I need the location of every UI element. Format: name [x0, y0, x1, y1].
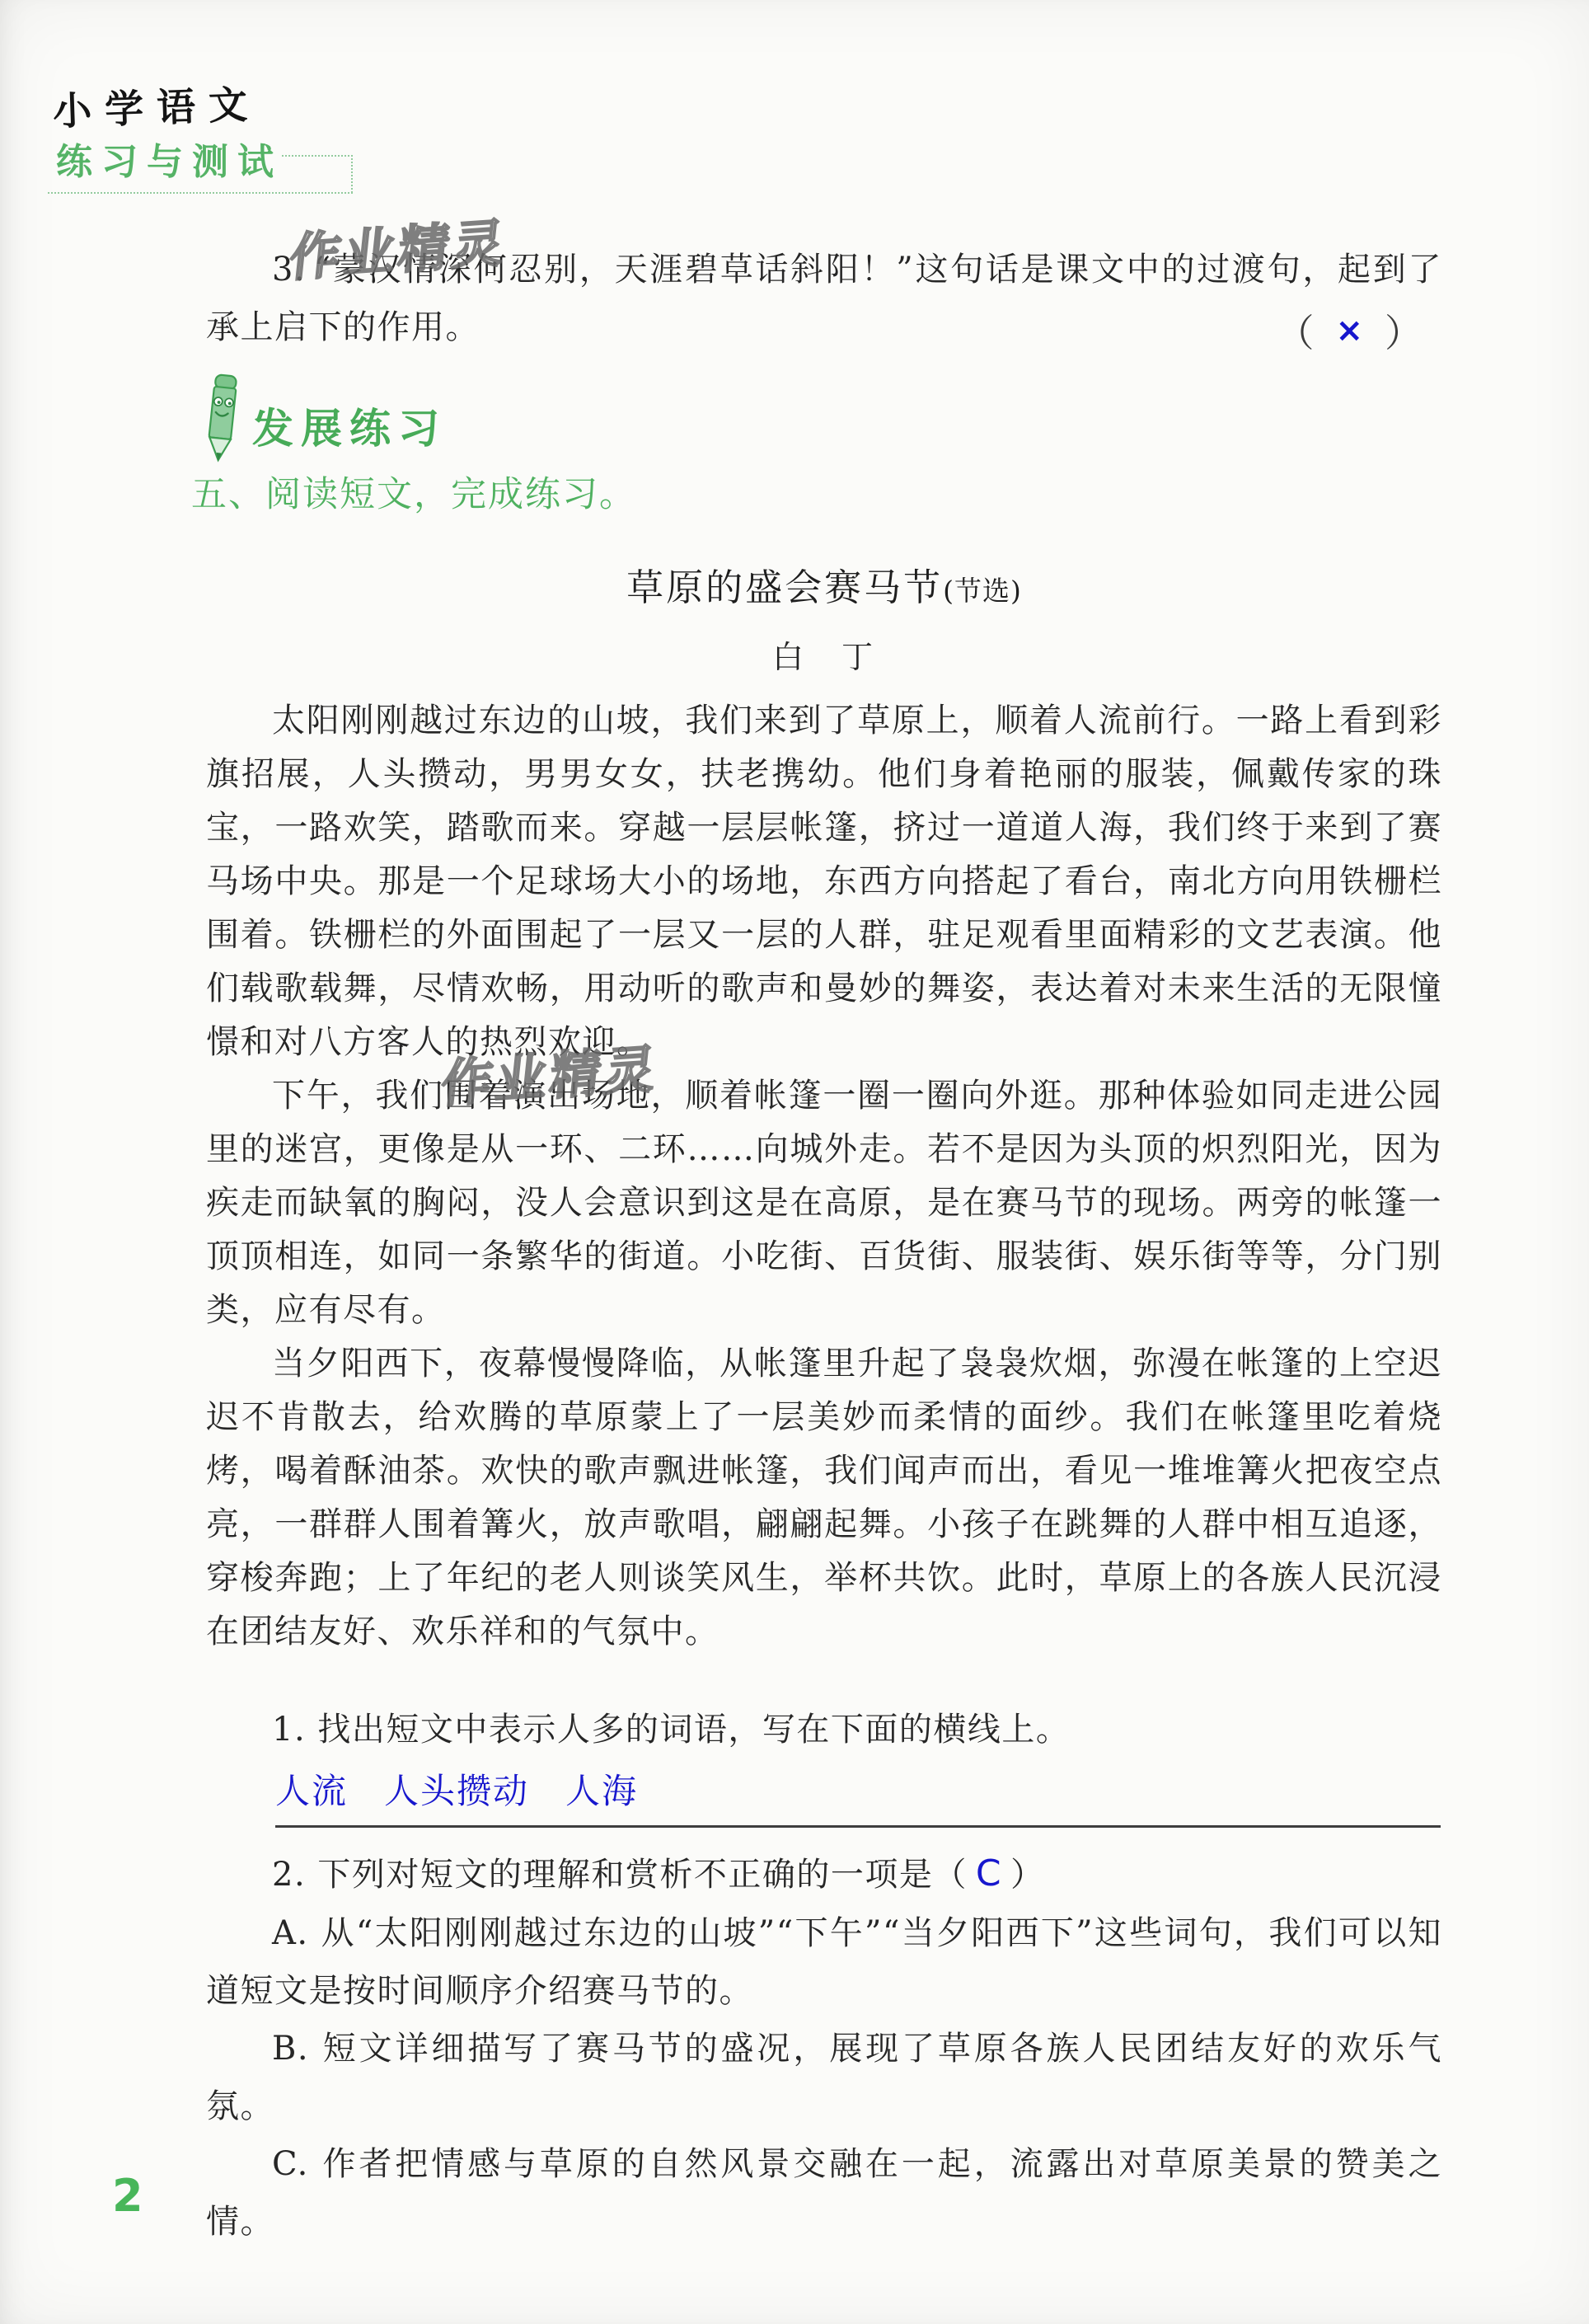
question2-block: 2. 下列对短文的理解和赏析不正确的一项是（C）: [206, 1847, 1442, 1902]
question3-block: 3. “蒙汉情深何忍别，天涯碧草话斜阳！”这句话是课文中的过渡句，起到了承上启下…: [206, 241, 1442, 356]
option-a: A. 从“太阳刚刚越过东边的山坡”“下午”“当夕阳西下”这些词句，我们可以知道短…: [206, 1904, 1442, 2020]
question3-text: 3. “蒙汉情深何忍别，天涯碧草话斜阳！”这句话是课文中的过渡句，起到了承上启下…: [206, 241, 1442, 356]
pencil-icon: [195, 373, 246, 465]
bracket-open: （: [933, 1856, 968, 1894]
bracket-close: ）: [1385, 303, 1423, 358]
bracket-close: ）: [1010, 1856, 1045, 1894]
question2-options: A. 从“太阳刚刚越过东边的山坡”“下午”“当夕阳西下”这些词句，我们可以知道短…: [206, 1904, 1442, 2251]
article-title-text: 草原的盛会赛马节: [626, 566, 943, 609]
question2-answer: C: [968, 1852, 1010, 1894]
dotted-line-bottom: [48, 192, 353, 194]
article-title-note: (节选): [943, 575, 1022, 607]
question2-stem-text: 2. 下列对短文的理解和赏析不正确的一项是: [272, 1856, 933, 1894]
dotted-line-right: [351, 155, 353, 193]
question3-statement: “蒙汉情深何忍别，天涯碧草话斜阳！”这句话是课文中的过渡句，起到了承上启下的作用…: [206, 251, 1442, 346]
question1-answer-line: 人流 人头攒动 人海: [275, 1764, 1441, 1828]
page-number: 2: [112, 2170, 143, 2222]
logo-subtitle: 练习与测试: [56, 132, 283, 185]
bracket-open: （: [1276, 303, 1314, 358]
option-c: C. 作者把情感与草原的自然风景交融在一起，流露出对草原美景的赞美之情。: [206, 2135, 1442, 2251]
article-title: 草原的盛会赛马节(节选): [206, 557, 1442, 611]
article-paragraph: 当夕阳西下，夜幕慢慢降临，从帐篷里升起了袅袅炊烟，弥漫在帐篷的上空迟迟不肯散去，…: [206, 1337, 1442, 1659]
question2-stem: 2. 下列对短文的理解和赏析不正确的一项是（C）: [206, 1847, 1442, 1902]
section-title: 发展练习: [252, 396, 447, 455]
article-author: 白 丁: [206, 631, 1442, 677]
question3-number: 3.: [272, 251, 306, 289]
question1-stem: 1. 找出短文中表示人多的词语，写在下面的横线上。: [206, 1703, 1442, 1757]
section-instruction: 五、阅读短文，完成练习。: [191, 467, 636, 517]
logo-title: 小学语文: [52, 74, 261, 137]
option-b: B. 短文详细描写了赛马节的盛况，展现了草原各族人民团结友好的欢乐气氛。: [206, 2020, 1442, 2135]
dotted-line-top: [282, 155, 353, 157]
true-false-answer-brackets: （ × ）: [1276, 303, 1423, 358]
question1-block: 1. 找出短文中表示人多的词语，写在下面的横线上。: [206, 1703, 1442, 1757]
workbook-page: 小学语文 练习与测试 作业精灵 作业精灵 3. “蒙汉情深何忍别，天涯碧草话斜阳…: [0, 0, 1589, 2324]
article-body: 太阳刚刚越过东边的山坡，我们来到了草原上，顺着人流前行。一路上看到彩旗招展，人头…: [206, 694, 1442, 1659]
article-paragraph: 太阳刚刚越过东边的山坡，我们来到了草原上，顺着人流前行。一路上看到彩旗招展，人头…: [206, 694, 1442, 1069]
article-paragraph: 下午，我们围着演出场地，顺着帐篷一圈一圈向外逛。那种体验如同走进公园里的迷宫，更…: [206, 1069, 1442, 1337]
true-false-answer: ×: [1335, 312, 1363, 350]
